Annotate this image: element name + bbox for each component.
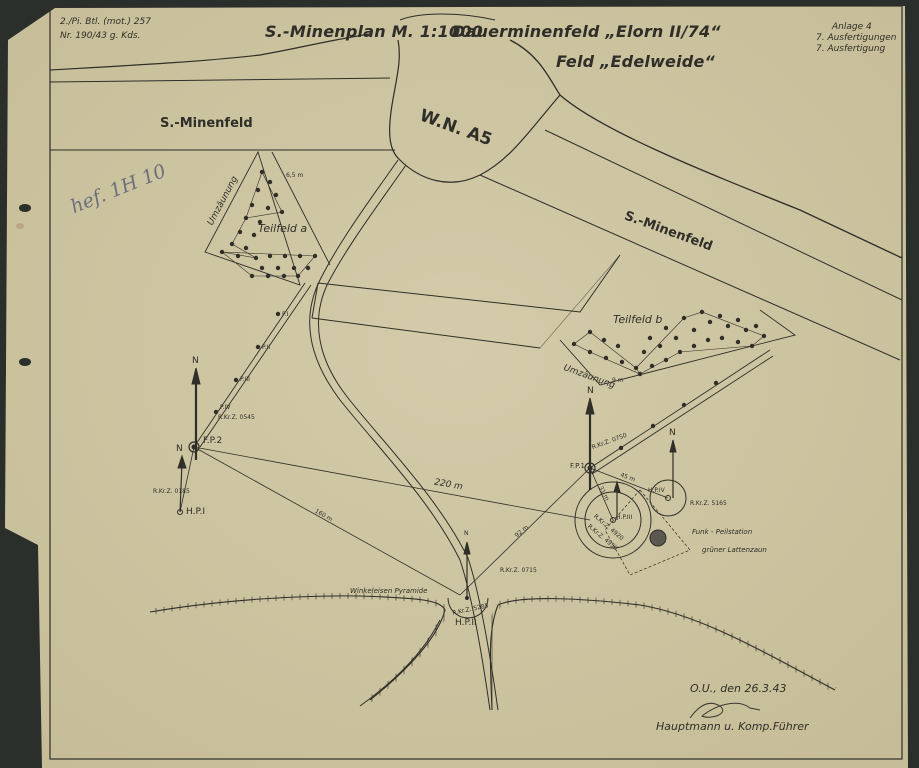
bearing-hp1: R.Kr.Z. 0185	[153, 488, 190, 495]
label-north-fp1: N	[587, 386, 594, 396]
label-north-hp2: N	[464, 530, 469, 537]
bearing-hp4: R.Kr.Z. 5165	[690, 500, 727, 507]
punch-hole	[19, 358, 31, 366]
map-drawing	[0, 0, 919, 768]
label-north-fp2: N	[192, 356, 199, 366]
copies-label: 7. Ausfertigungen	[816, 33, 897, 43]
dist-b-offset: 9 m	[612, 377, 624, 384]
label-fp2: F.P.2	[203, 436, 222, 446]
label-north-hp4: N	[669, 428, 676, 438]
copy-number: 7. Ausfertigung	[816, 44, 885, 54]
place-date: O.U., den 26.3.43	[690, 682, 786, 695]
label-piii: P.III	[240, 376, 250, 383]
annex-label: Anlage 4	[832, 22, 872, 32]
label-fp1: F.P.1	[570, 462, 585, 470]
subfield-name: Feld „Edelweide“	[556, 52, 715, 71]
field-name: Dauerminenfeld „Elorn II/74“	[452, 22, 721, 41]
punch-hole	[19, 204, 31, 212]
label-teilfeld-b: Teilfeld b	[613, 313, 662, 326]
label-hp4: H.P.IV	[648, 487, 665, 494]
label-north-hp1: N	[176, 444, 183, 454]
bearing-hp2-a: R.Kr.Z. 0715	[500, 567, 537, 574]
label-hp1: H.P.I	[186, 507, 205, 517]
dist-a-offset: 6,5 m	[286, 172, 303, 179]
label-pyramid: Winkeleisen Pyramide	[350, 587, 428, 595]
label-hp3: H.P.III	[616, 514, 632, 521]
map-title: S.-Minenplan M. 1:1000	[265, 22, 483, 41]
reference-number: Nr. 190/43 g. Kds.	[60, 31, 140, 41]
bearing-fp2: R.Kr.Z. 0545	[218, 414, 255, 421]
reference-unit: 2./Pi. Btl. (mot.) 257	[60, 17, 151, 27]
label-teilfeld-a: Teilfeld a	[258, 222, 307, 235]
label-green-fence: grüner Lattenzaun	[702, 546, 767, 554]
label-radio-station: Funk - Peilstation	[692, 528, 752, 536]
map-sheet: 2./Pi. Btl. (mot.) 257 Nr. 190/43 g. Kds…	[0, 0, 919, 768]
label-hp2: H.P.II	[455, 618, 477, 628]
label-minefield-west: S.-Minenfeld	[160, 116, 253, 131]
label-pii: P.II	[262, 344, 270, 351]
label-pi: P.I	[282, 311, 288, 318]
signature-title: Hauptmann u. Komp.Führer	[656, 720, 809, 733]
label-piv: P.IV	[220, 404, 230, 411]
